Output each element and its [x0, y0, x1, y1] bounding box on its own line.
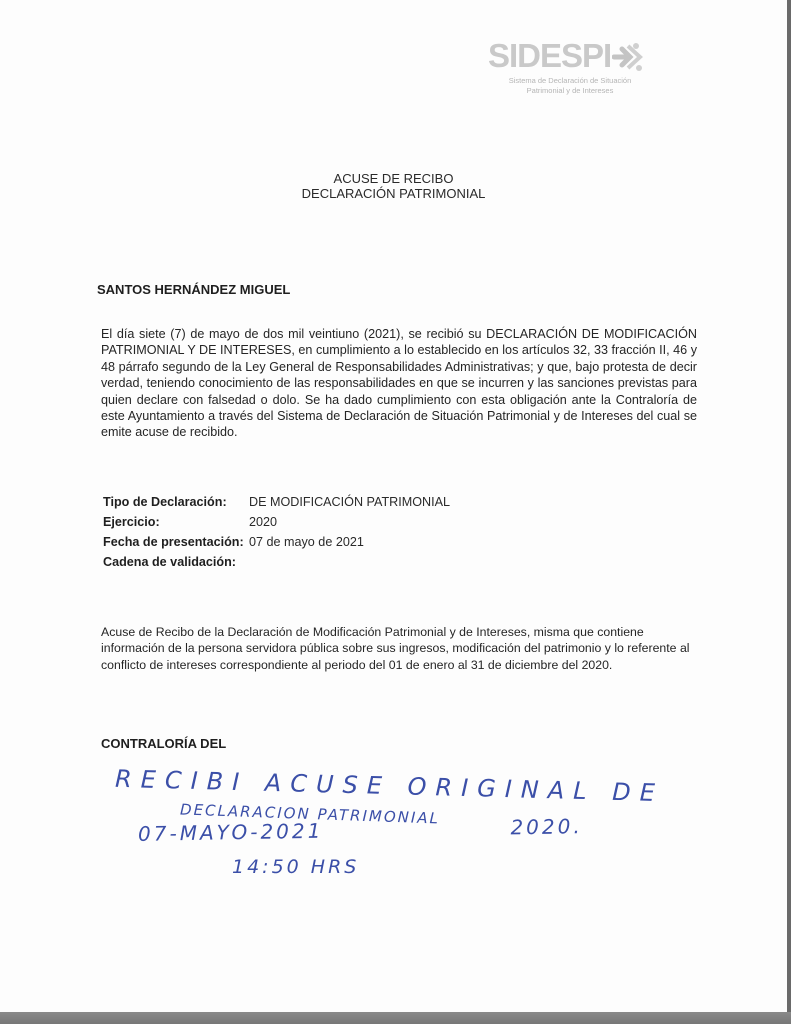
scanner-edge-bottom: [0, 1012, 791, 1024]
field-fecha-presentacion: Fecha de presentación: 07 de mayo de 202…: [103, 535, 450, 555]
body-paragraph-2: Acuse de Recibo de la Declaración de Mod…: [101, 624, 703, 673]
field-ejercicio: Ejercicio: 2020: [103, 515, 450, 535]
field-tipo-declaracion: Tipo de Declaración: DE MODIFICACIÓN PAT…: [103, 495, 450, 515]
document-title: ACUSE DE RECIBO: [0, 171, 787, 186]
sidespi-logo: SIDESPI Sistema de Declaración de Situac…: [484, 38, 654, 98]
logo-subtitle-line1: Sistema de Declaración de Situación: [490, 76, 650, 86]
field-value: 2020: [249, 515, 277, 535]
arrow-logo-icon: [612, 40, 646, 74]
handwritten-line-3: 07-MAYO-2021 2020.: [138, 814, 583, 846]
signature-block: CONTRALORÍA DEL: [101, 736, 226, 751]
recipient-name: SANTOS HERNÁNDEZ MIGUEL: [97, 282, 290, 297]
declaration-fields: Tipo de Declaración: DE MODIFICACIÓN PAT…: [103, 495, 450, 575]
scanner-edge-right: [787, 0, 791, 1012]
field-value: DE MODIFICACIÓN PATRIMONIAL: [249, 495, 450, 515]
document-subtitle: DECLARACIÓN PATRIMONIAL: [0, 186, 787, 201]
field-label: Ejercicio:: [103, 515, 249, 535]
field-label: Tipo de Declaración:: [103, 495, 249, 515]
body-paragraph-1: El día siete (7) de mayo de dos mil vein…: [101, 326, 697, 441]
logo-wordmark: SIDESPI: [488, 38, 611, 74]
logo-subtitle-line2: Patrimonial y de Intereses: [490, 86, 650, 96]
field-label: Fecha de presentación:: [103, 535, 249, 555]
field-label: Cadena de validación:: [103, 555, 249, 575]
handwritten-line-4: 14:50 HRS: [232, 856, 359, 878]
field-cadena-validacion: Cadena de validación:: [103, 555, 450, 575]
handwritten-line-2: DECLARACION PATRIMONIAL: [180, 800, 440, 827]
handwritten-line-1: RECIBI ACUSE ORIGINAL DE: [115, 765, 664, 807]
field-value: 07 de mayo de 2021: [249, 535, 364, 555]
document-page: SIDESPI Sistema de Declaración de Situac…: [0, 0, 787, 1012]
